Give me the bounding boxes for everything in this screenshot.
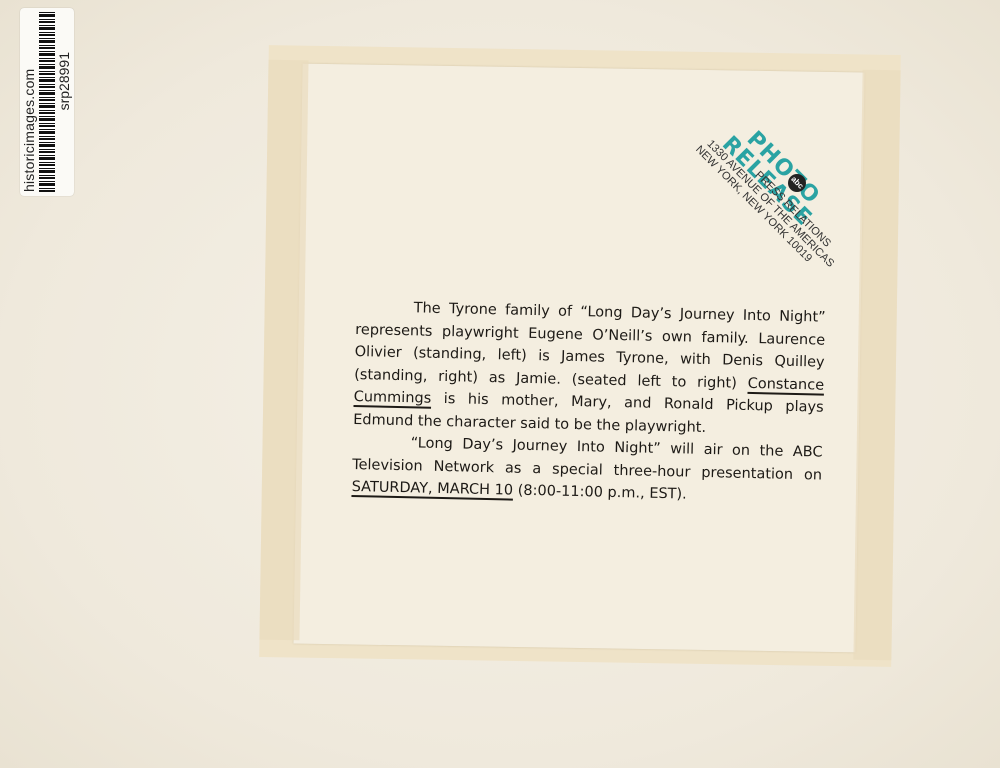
photo-release-stamp: Photo Release abc Press Relations 1330 A… <box>700 108 880 268</box>
caption-paragraph-2: “Long Day’s Journey Into Night” will air… <box>351 431 822 509</box>
caption-paragraph-1: The Tyrone family of “Long Day’s Journey… <box>353 296 826 442</box>
label-site: historicimages.com <box>22 12 37 192</box>
caption-text: The Tyrone family of “Long Day’s Journey… <box>351 296 825 509</box>
underlined-name: Constance <box>748 375 825 393</box>
underlined-name: Cummings <box>354 389 432 407</box>
underlined-date: SATURDAY, MARCH 10 <box>351 479 513 499</box>
text: (8:00-11:00 p.m., EST). <box>513 483 687 503</box>
text: “Long Day’s Journey Into Night” will air… <box>352 435 823 483</box>
archive-label: historicimages.com srp28991 <box>20 8 74 196</box>
label-id: srp28991 <box>57 12 72 192</box>
barcode-icon <box>39 12 55 192</box>
